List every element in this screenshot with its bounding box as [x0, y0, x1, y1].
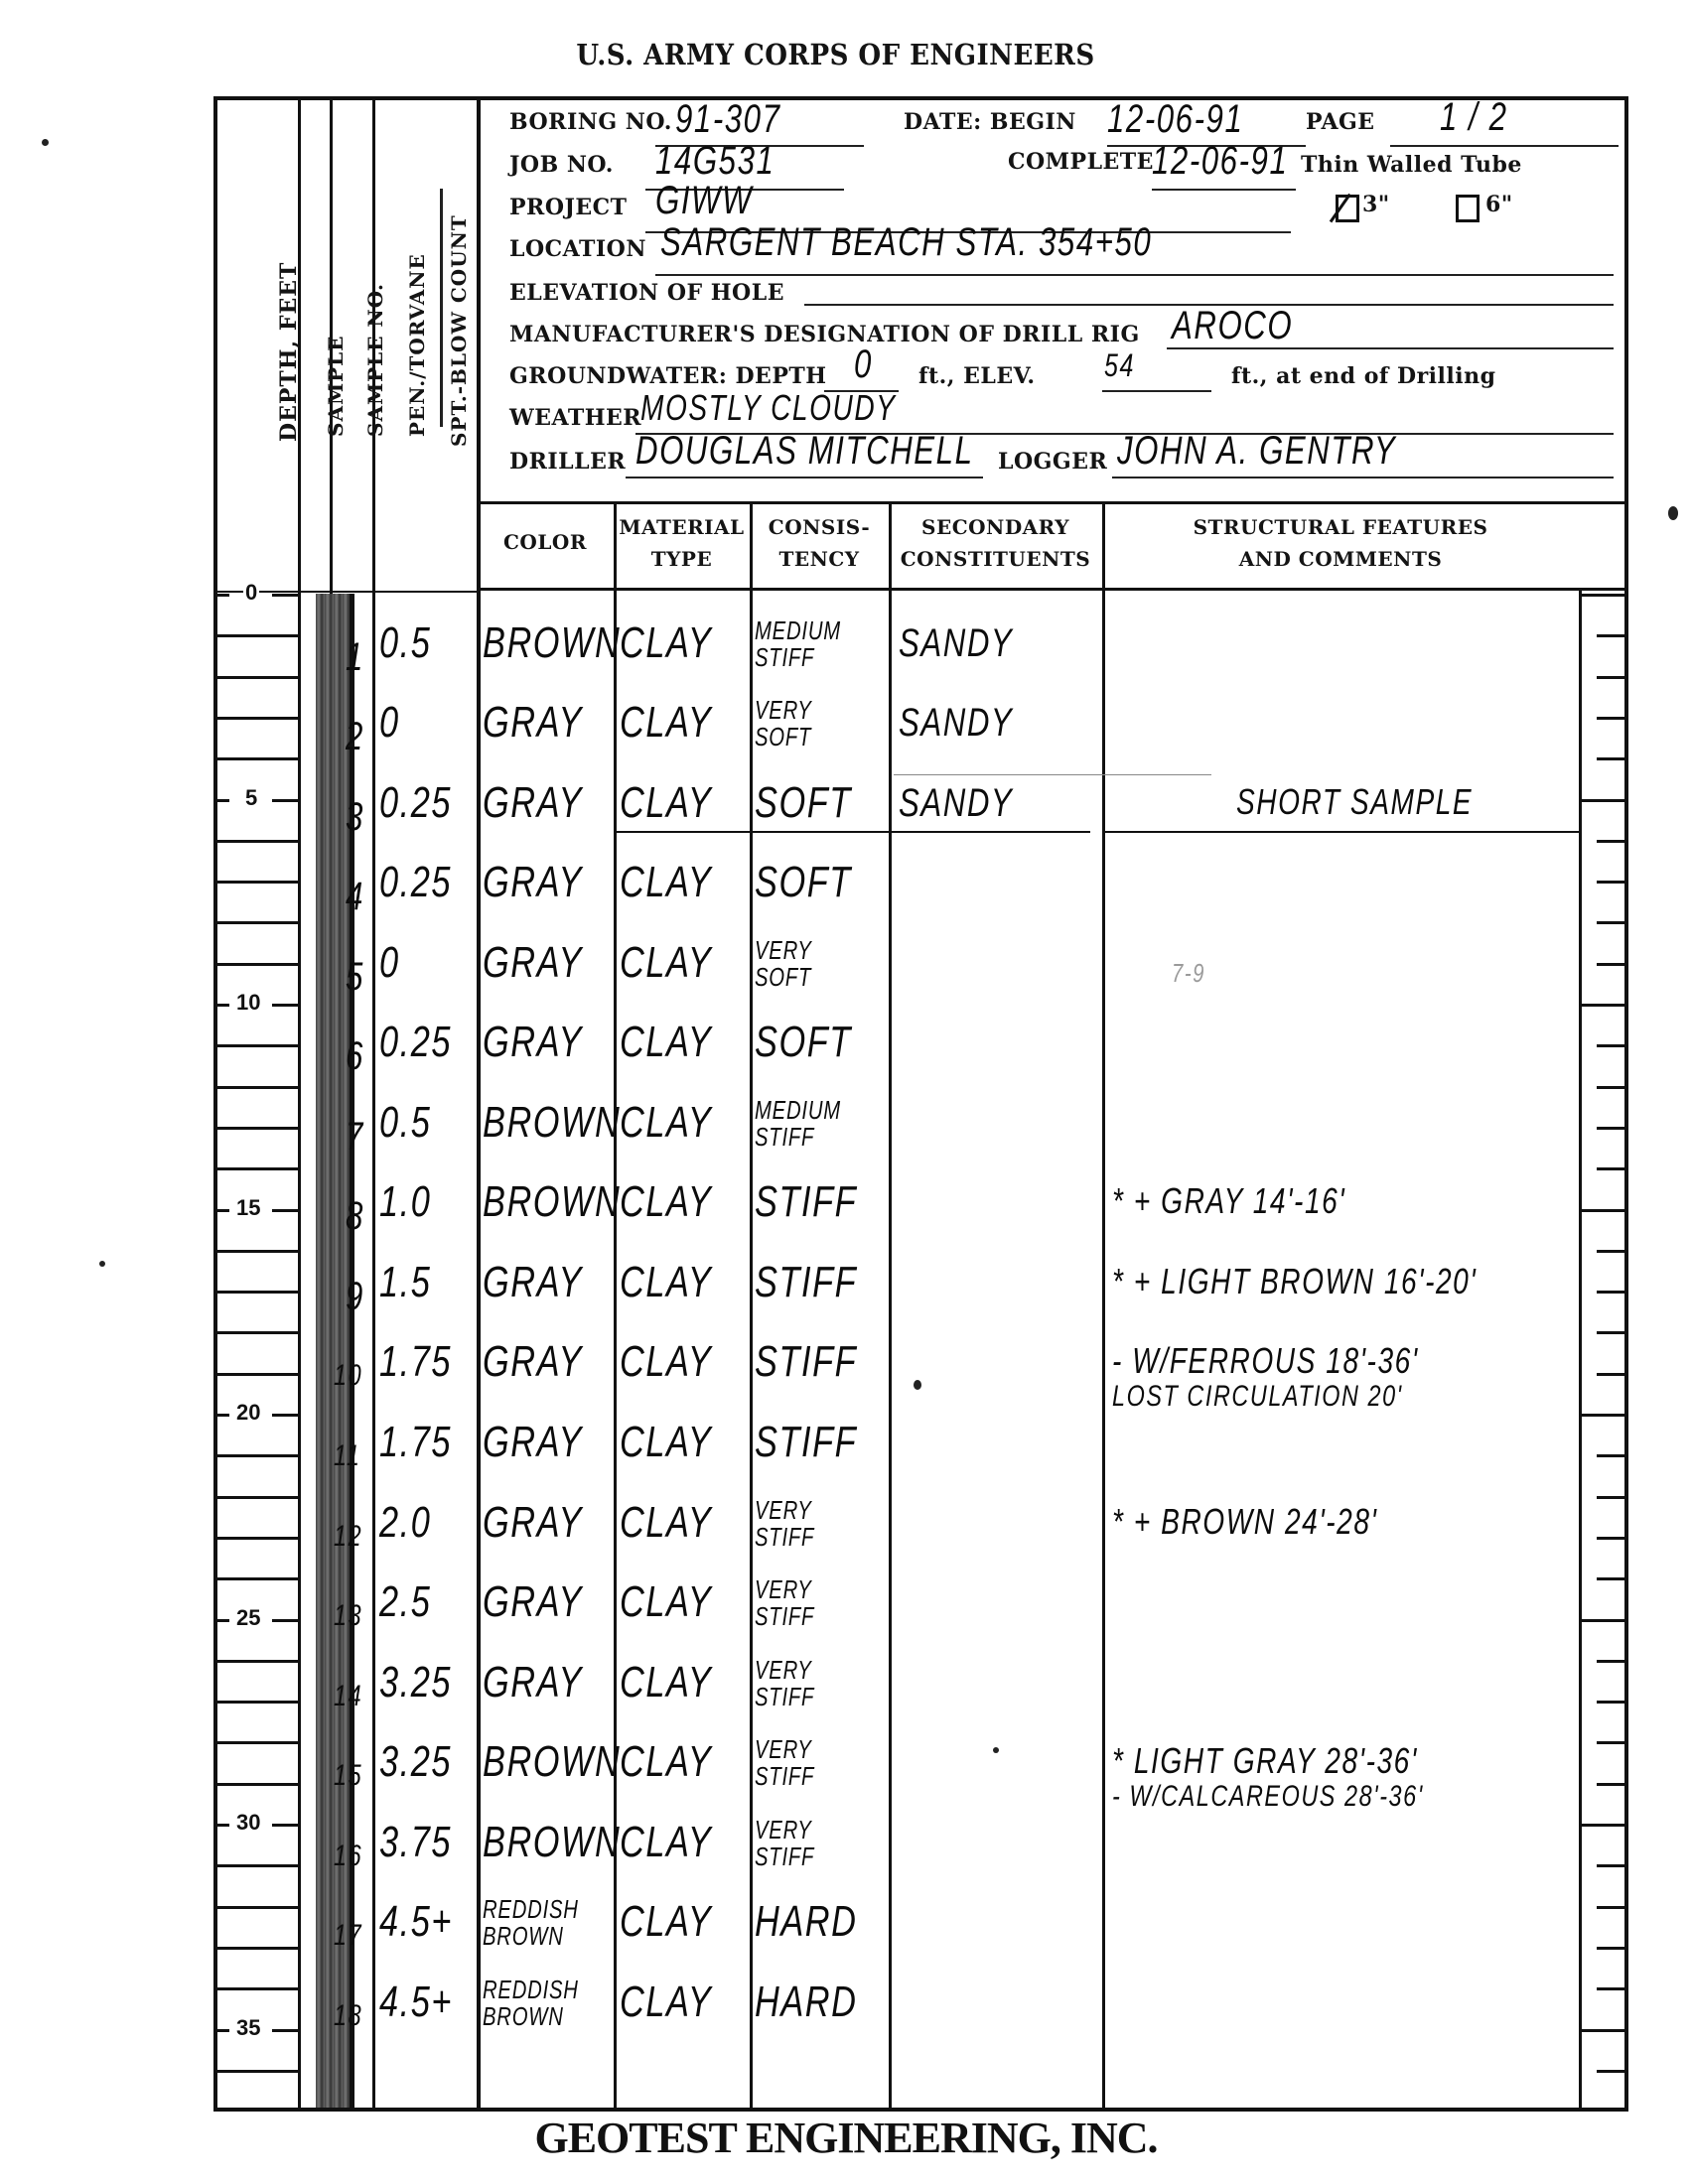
depth-label: 20: [234, 1400, 262, 1426]
groundwater-depth-label: GROUNDWATER: DEPTH: [509, 363, 827, 389]
color-value: GRAY: [483, 1580, 583, 1624]
consistency-value: HARD: [755, 1980, 857, 2024]
secondary-constituents-header: SECONDARYCONSTITUENTS: [889, 511, 1102, 575]
color-value: REDDISH BROWN: [483, 1977, 579, 2030]
color-value: GRAY: [483, 701, 583, 745]
consistency-value: VERY STIFF: [755, 1817, 814, 1870]
sample-number: 9: [346, 1275, 364, 1318]
depth-major-tick: [217, 2029, 229, 2032]
right-minor-tick: [1597, 921, 1625, 924]
sample-number: 15: [334, 1754, 362, 1798]
consistency-value: STIFF: [755, 1261, 857, 1304]
structural-features-header: STRUCTURAL FEATURESAND COMMENTS: [1102, 511, 1579, 575]
sampler-6in-label: 6": [1485, 192, 1513, 217]
depth-minor-tick: [217, 1577, 298, 1580]
depth-major-tick: [272, 1004, 298, 1007]
right-minor-tick: [1597, 1577, 1625, 1580]
depth-major-tick: [272, 1209, 298, 1212]
scan-speck: [1668, 506, 1678, 520]
weather-value: MOSTLY CLOUDY: [640, 387, 896, 429]
boring-no-value: 91-307: [675, 97, 781, 142]
weather-label: WEATHER: [509, 405, 641, 431]
depth-minor-tick: [217, 1947, 298, 1950]
color-value: GRAY: [483, 781, 583, 825]
depth-minor-tick: [217, 921, 298, 924]
material-type-value: CLAY: [620, 1421, 712, 1464]
sample-number: 14: [334, 1675, 362, 1718]
depth-label: 35: [234, 2015, 262, 2041]
pen-torvane-value: 4.5+: [379, 1980, 453, 2024]
logger-value: JOHN A. GENTRY: [1117, 429, 1396, 474]
comment-text: - W/CALCAREOUS 28'-36': [1112, 1780, 1424, 1814]
right-major-tick: [1582, 2029, 1625, 2032]
color-value: BROWN: [483, 1821, 621, 1864]
consistency-value: STIFF: [755, 1421, 857, 1464]
page-label: PAGE: [1306, 109, 1375, 135]
divider: [750, 501, 753, 2112]
sampler-type-label: Thin Walled Tube: [1301, 152, 1522, 178]
pen-torvane-value: 1.75: [379, 1340, 452, 1384]
material-type-value: CLAY: [620, 1261, 712, 1304]
color-value: BROWN: [483, 1180, 621, 1224]
depth-minor-tick: [217, 1741, 298, 1744]
secondary-header-line1: SECONDARY: [889, 511, 1102, 543]
depth-minor-tick: [217, 1373, 298, 1376]
depth-minor-tick: [217, 1044, 298, 1047]
drill-rig-value: AROCO: [1172, 304, 1293, 348]
depth-major-tick: [272, 594, 298, 597]
header-divider: [477, 588, 1628, 591]
drill-rig-label: MANUFACTURER'S DESIGNATION OF DRILL RIG: [509, 322, 1140, 347]
sample-number: 11: [334, 1434, 360, 1478]
underline: [1112, 477, 1614, 478]
spt-blow-count-header: SPT.-BLOW COUNT: [447, 214, 471, 447]
depth-major-tick: [217, 1824, 229, 1827]
color-header-text: COLOR: [503, 530, 587, 554]
sample-number: 7: [346, 1115, 364, 1159]
pen-torvane-value: 0: [379, 701, 400, 745]
pen-torvane-value: 2.5: [379, 1580, 431, 1624]
depth-major-tick: [217, 1619, 229, 1622]
sample-no-header: SAMPLE NO.: [363, 283, 387, 437]
material-type-value: CLAY: [620, 941, 712, 985]
scan-speck: [914, 1380, 921, 1390]
depth-major-tick: [272, 2029, 298, 2032]
consistency-value: MEDIUM STIFF: [755, 1097, 841, 1151]
depth-major-tick: [272, 1414, 298, 1417]
location-label: LOCATION: [509, 236, 646, 262]
scan-speck: [993, 1747, 999, 1753]
right-minor-tick: [1597, 1167, 1625, 1170]
material-type-value: CLAY: [620, 621, 712, 665]
consistency-value: VERY SOFT: [755, 937, 812, 991]
divider: [477, 96, 481, 2112]
depth-label: 25: [234, 1605, 262, 1631]
depth-label: 10: [234, 990, 262, 1016]
pen-torvane-value: 0.25: [379, 781, 452, 825]
date-begin-value: 12-06-91: [1107, 97, 1243, 142]
complete-label: COMPLETE: [1008, 149, 1154, 175]
header-divider: [477, 501, 1628, 504]
color-header: COLOR: [477, 526, 614, 558]
right-minor-tick: [1597, 963, 1625, 966]
date-complete-value: 12-06-91: [1152, 139, 1288, 184]
consistency-value: MEDIUM STIFF: [755, 617, 841, 671]
date-begin-label: DATE: BEGIN: [904, 109, 1076, 135]
pen-torvane-value: 4.5+: [379, 1900, 453, 1944]
sample-number: 3: [346, 795, 364, 839]
divider: [889, 501, 892, 2112]
pen-torvane-value: 0.25: [379, 1021, 452, 1064]
depth-major-tick: [217, 594, 229, 597]
location-value: SARGENT BEACH STA. 354+50: [660, 220, 1152, 265]
right-minor-tick: [1597, 1906, 1625, 1909]
divider: [1102, 501, 1105, 2112]
color-value: GRAY: [483, 1661, 583, 1705]
depth-label: 5: [243, 785, 259, 811]
right-minor-tick: [1597, 1741, 1625, 1744]
logger-label: LOGGER: [998, 449, 1107, 475]
depth-minor-tick: [217, 1454, 298, 1457]
sampler-3in-label: 3": [1362, 192, 1390, 217]
end-of-drilling-label: ft., at end of Drilling: [1231, 363, 1496, 389]
row-divider: [614, 831, 1090, 833]
structural-header-line2: AND COMMENTS: [1102, 543, 1579, 575]
page-value: 1 / 2: [1440, 95, 1508, 140]
depth-minor-tick: [217, 1291, 298, 1294]
depth-minor-tick: [217, 757, 298, 760]
color-value: BROWN: [483, 1740, 621, 1784]
color-value: BROWN: [483, 1101, 621, 1145]
sample-number: 2: [346, 715, 364, 758]
secondary-header-line2: CONSTITUENTS: [889, 543, 1102, 575]
depth-minor-tick: [217, 881, 298, 884]
company-footer: GEOTEST ENGINEERING, INC.: [0, 2113, 1692, 2163]
depth-minor-tick: [217, 1167, 298, 1170]
pen-torvane-value: 2.0: [379, 1501, 431, 1545]
depth-minor-tick: [217, 963, 298, 966]
right-minor-tick: [1597, 1373, 1625, 1376]
consistency-value: VERY STIFF: [755, 1497, 814, 1551]
depth-minor-tick: [217, 717, 298, 720]
row-divider: [894, 774, 1211, 775]
sample-number: 12: [334, 1515, 362, 1559]
consistency-value: VERY STIFF: [755, 1736, 814, 1790]
right-minor-tick: [1597, 676, 1625, 679]
depth-minor-tick: [217, 676, 298, 679]
underline: [626, 477, 983, 478]
depth-label: 30: [234, 1810, 262, 1836]
depth-major-tick: [272, 799, 298, 802]
job-no-value: 14G531: [655, 139, 775, 184]
right-minor-tick: [1597, 1660, 1625, 1663]
comment-text: * + LIGHT BROWN 16'-20': [1112, 1261, 1477, 1302]
underline: [1390, 145, 1619, 147]
right-major-tick: [1582, 1004, 1625, 1007]
scan-speck: [99, 1261, 105, 1267]
right-minor-tick: [1597, 1044, 1625, 1047]
right-minor-tick: [1597, 1947, 1625, 1950]
right-major-tick: [1582, 1824, 1625, 1827]
right-minor-tick: [1597, 634, 1625, 637]
color-value: GRAY: [483, 1501, 583, 1545]
right-minor-tick: [1597, 1864, 1625, 1867]
right-major-tick: [1582, 799, 1625, 802]
depth-label: 15: [234, 1195, 262, 1221]
depth-minor-tick: [217, 1250, 298, 1253]
depth-minor-tick: [217, 1906, 298, 1909]
consistency-value: VERY STIFF: [755, 1657, 814, 1710]
pen-torvane-value: 0: [379, 941, 400, 985]
row-divider: [1102, 831, 1579, 833]
color-value: GRAY: [483, 1261, 583, 1304]
right-minor-tick: [1597, 1783, 1625, 1786]
secondary-constituents-value: SANDY: [899, 781, 1013, 825]
underline: [655, 274, 1614, 276]
consistency-value: SOFT: [755, 861, 852, 904]
right-minor-tick: [1597, 840, 1625, 843]
depth-minor-tick: [217, 1496, 298, 1499]
comment-text: * + GRAY 14'-16': [1112, 1180, 1345, 1222]
right-minor-tick: [1597, 2070, 1625, 2073]
sample-number: 6: [346, 1034, 364, 1078]
underline: [1102, 390, 1211, 392]
pen-torvane-value: 0.5: [379, 1101, 431, 1145]
material-type-value: CLAY: [620, 781, 712, 825]
pen-torvane-value: 3.75: [379, 1821, 452, 1864]
color-value: GRAY: [483, 1340, 583, 1384]
divider: [1579, 588, 1582, 2112]
sample-number: 4: [346, 875, 364, 918]
pen-spt-divider: [440, 189, 443, 427]
material-type-value: CLAY: [620, 1340, 712, 1384]
depth-minor-tick: [217, 1127, 298, 1130]
right-minor-tick: [1597, 1331, 1625, 1334]
depth-feet-header: DEPTH, FEET: [276, 262, 302, 442]
depth-major-tick: [217, 799, 229, 802]
consistency-header: CONSIS-TENCY: [750, 511, 889, 575]
comment-text: LOST CIRCULATION 20': [1112, 1380, 1403, 1414]
material-header-line1: MATERIAL: [614, 511, 750, 543]
consistency-header-line2: TENCY: [750, 543, 889, 575]
material-type-value: CLAY: [620, 1900, 712, 1944]
sample-number: 8: [346, 1194, 364, 1238]
material-type-value: CLAY: [620, 1740, 712, 1784]
right-minor-tick: [1597, 1250, 1625, 1253]
sample-number: 5: [346, 955, 364, 999]
consistency-value: STIFF: [755, 1340, 857, 1384]
depth-major-tick: [272, 1824, 298, 1827]
divider: [614, 501, 617, 2112]
depth-minor-tick: [217, 1331, 298, 1334]
comment-text: * + BROWN 24'-28': [1112, 1501, 1377, 1543]
right-minor-tick: [1597, 1987, 1625, 1990]
right-minor-tick: [1597, 1701, 1625, 1704]
secondary-constituents-value: SANDY: [899, 701, 1013, 745]
right-minor-tick: [1597, 1454, 1625, 1457]
pen-torvane-value: 3.25: [379, 1661, 452, 1705]
groundwater-depth-value: 0: [854, 342, 873, 387]
right-minor-tick: [1597, 757, 1625, 760]
material-type-value: CLAY: [620, 701, 712, 745]
underline: [1167, 347, 1614, 349]
consistency-value: VERY STIFF: [755, 1576, 814, 1630]
sample-number: 1: [346, 635, 364, 679]
sampler-6in-checkbox[interactable]: [1456, 195, 1480, 222]
pen-torvane-value: 1.75: [379, 1421, 452, 1464]
agency-title: U.S. ARMY CORPS OF ENGINEERS: [0, 38, 1671, 71]
pen-torvane-header: PEN./TORVANE: [405, 253, 429, 437]
elevation-label: ELEVATION OF HOLE: [509, 280, 784, 306]
depth-minor-tick: [217, 2070, 298, 2073]
boring-no-label: BORING NO.: [509, 109, 672, 135]
material-type-value: CLAY: [620, 1821, 712, 1864]
right-minor-tick: [1597, 1496, 1625, 1499]
depth-minor-tick: [217, 1660, 298, 1663]
material-type-value: CLAY: [620, 1021, 712, 1064]
color-value: GRAY: [483, 1421, 583, 1464]
sample-number: 10: [334, 1354, 362, 1398]
material-type-header: MATERIALTYPE: [614, 511, 750, 575]
secondary-constituents-value: SANDY: [899, 621, 1013, 665]
pen-torvane-value: 0.25: [379, 861, 452, 904]
consistency-value: SOFT: [755, 781, 852, 825]
material-type-value: CLAY: [620, 1180, 712, 1224]
right-minor-tick: [1597, 881, 1625, 884]
material-type-value: CLAY: [620, 1661, 712, 1705]
comment-text: * LIGHT GRAY 28'-36': [1112, 1740, 1418, 1782]
structural-header-line1: STRUCTURAL FEATURES: [1102, 511, 1579, 543]
color-value: REDDISH BROWN: [483, 1896, 579, 1950]
consistency-value: SOFT: [755, 1021, 852, 1064]
depth-major-tick: [217, 1209, 229, 1212]
depth-minor-tick: [217, 1783, 298, 1786]
material-type-value: CLAY: [620, 1501, 712, 1545]
sample-number: 18: [334, 1994, 362, 2038]
groundwater-elev-value: 54: [1104, 347, 1135, 384]
right-major-tick: [1582, 1414, 1625, 1417]
right-major-tick: [1582, 1619, 1625, 1622]
sample-number: 16: [334, 1835, 362, 1878]
right-minor-tick: [1597, 1086, 1625, 1089]
material-type-value: CLAY: [620, 861, 712, 904]
right-minor-tick: [1597, 717, 1625, 720]
sample-number: 17: [334, 1914, 362, 1958]
depth-major-tick: [272, 1619, 298, 1622]
pen-torvane-value: 3.25: [379, 1740, 452, 1784]
project-label: PROJECT: [509, 195, 628, 220]
depth-minor-tick: [217, 1987, 298, 1990]
depth-minor-tick: [217, 1864, 298, 1867]
consistency-value: HARD: [755, 1900, 857, 1944]
pen-torvane-value: 0.5: [379, 621, 431, 665]
project-value: GIWW: [655, 179, 753, 223]
sample-number: 13: [334, 1594, 362, 1638]
color-value: BROWN: [483, 621, 621, 665]
depth-minor-tick: [217, 1086, 298, 1089]
comment-text: - W/FERROUS 18'-36': [1112, 1340, 1419, 1382]
driller-value: DOUGLAS MITCHELL: [635, 429, 973, 474]
driller-label: DRILLER: [509, 449, 626, 475]
elev-label: ft., ELEV.: [918, 363, 1036, 389]
material-type-value: CLAY: [620, 1580, 712, 1624]
material-type-value: CLAY: [620, 1101, 712, 1145]
scan-speck: [42, 139, 49, 146]
depth-minor-tick: [217, 634, 298, 637]
depth-major-tick: [217, 1004, 229, 1007]
depth-minor-tick: [217, 1537, 298, 1540]
consistency-header-line1: CONSIS-: [750, 511, 889, 543]
pen-torvane-value: 1.0: [379, 1180, 431, 1224]
sample-header: SAMPLE: [324, 336, 348, 437]
right-major-tick: [1582, 594, 1625, 597]
underline: [1152, 189, 1296, 191]
color-value: GRAY: [483, 941, 583, 985]
right-minor-tick: [1597, 1537, 1625, 1540]
consistency-value: VERY SOFT: [755, 697, 812, 751]
job-no-label: JOB NO.: [509, 152, 614, 178]
material-type-value: CLAY: [620, 1980, 712, 2024]
depth-minor-tick: [217, 840, 298, 843]
depth-label: 0: [243, 580, 259, 606]
depth-major-tick: [217, 1414, 229, 1417]
consistency-value: STIFF: [755, 1180, 857, 1224]
color-value: GRAY: [483, 1021, 583, 1064]
comment-text: SHORT SAMPLE: [1236, 781, 1473, 823]
material-header-line2: TYPE: [614, 543, 750, 575]
right-minor-tick: [1597, 1127, 1625, 1130]
right-minor-tick: [1597, 1291, 1625, 1294]
pen-torvane-value: 1.5: [379, 1261, 431, 1304]
color-value: GRAY: [483, 861, 583, 904]
depth-minor-tick: [217, 1701, 298, 1704]
faint-mark: 7-9: [1172, 958, 1205, 989]
right-major-tick: [1582, 1209, 1625, 1212]
